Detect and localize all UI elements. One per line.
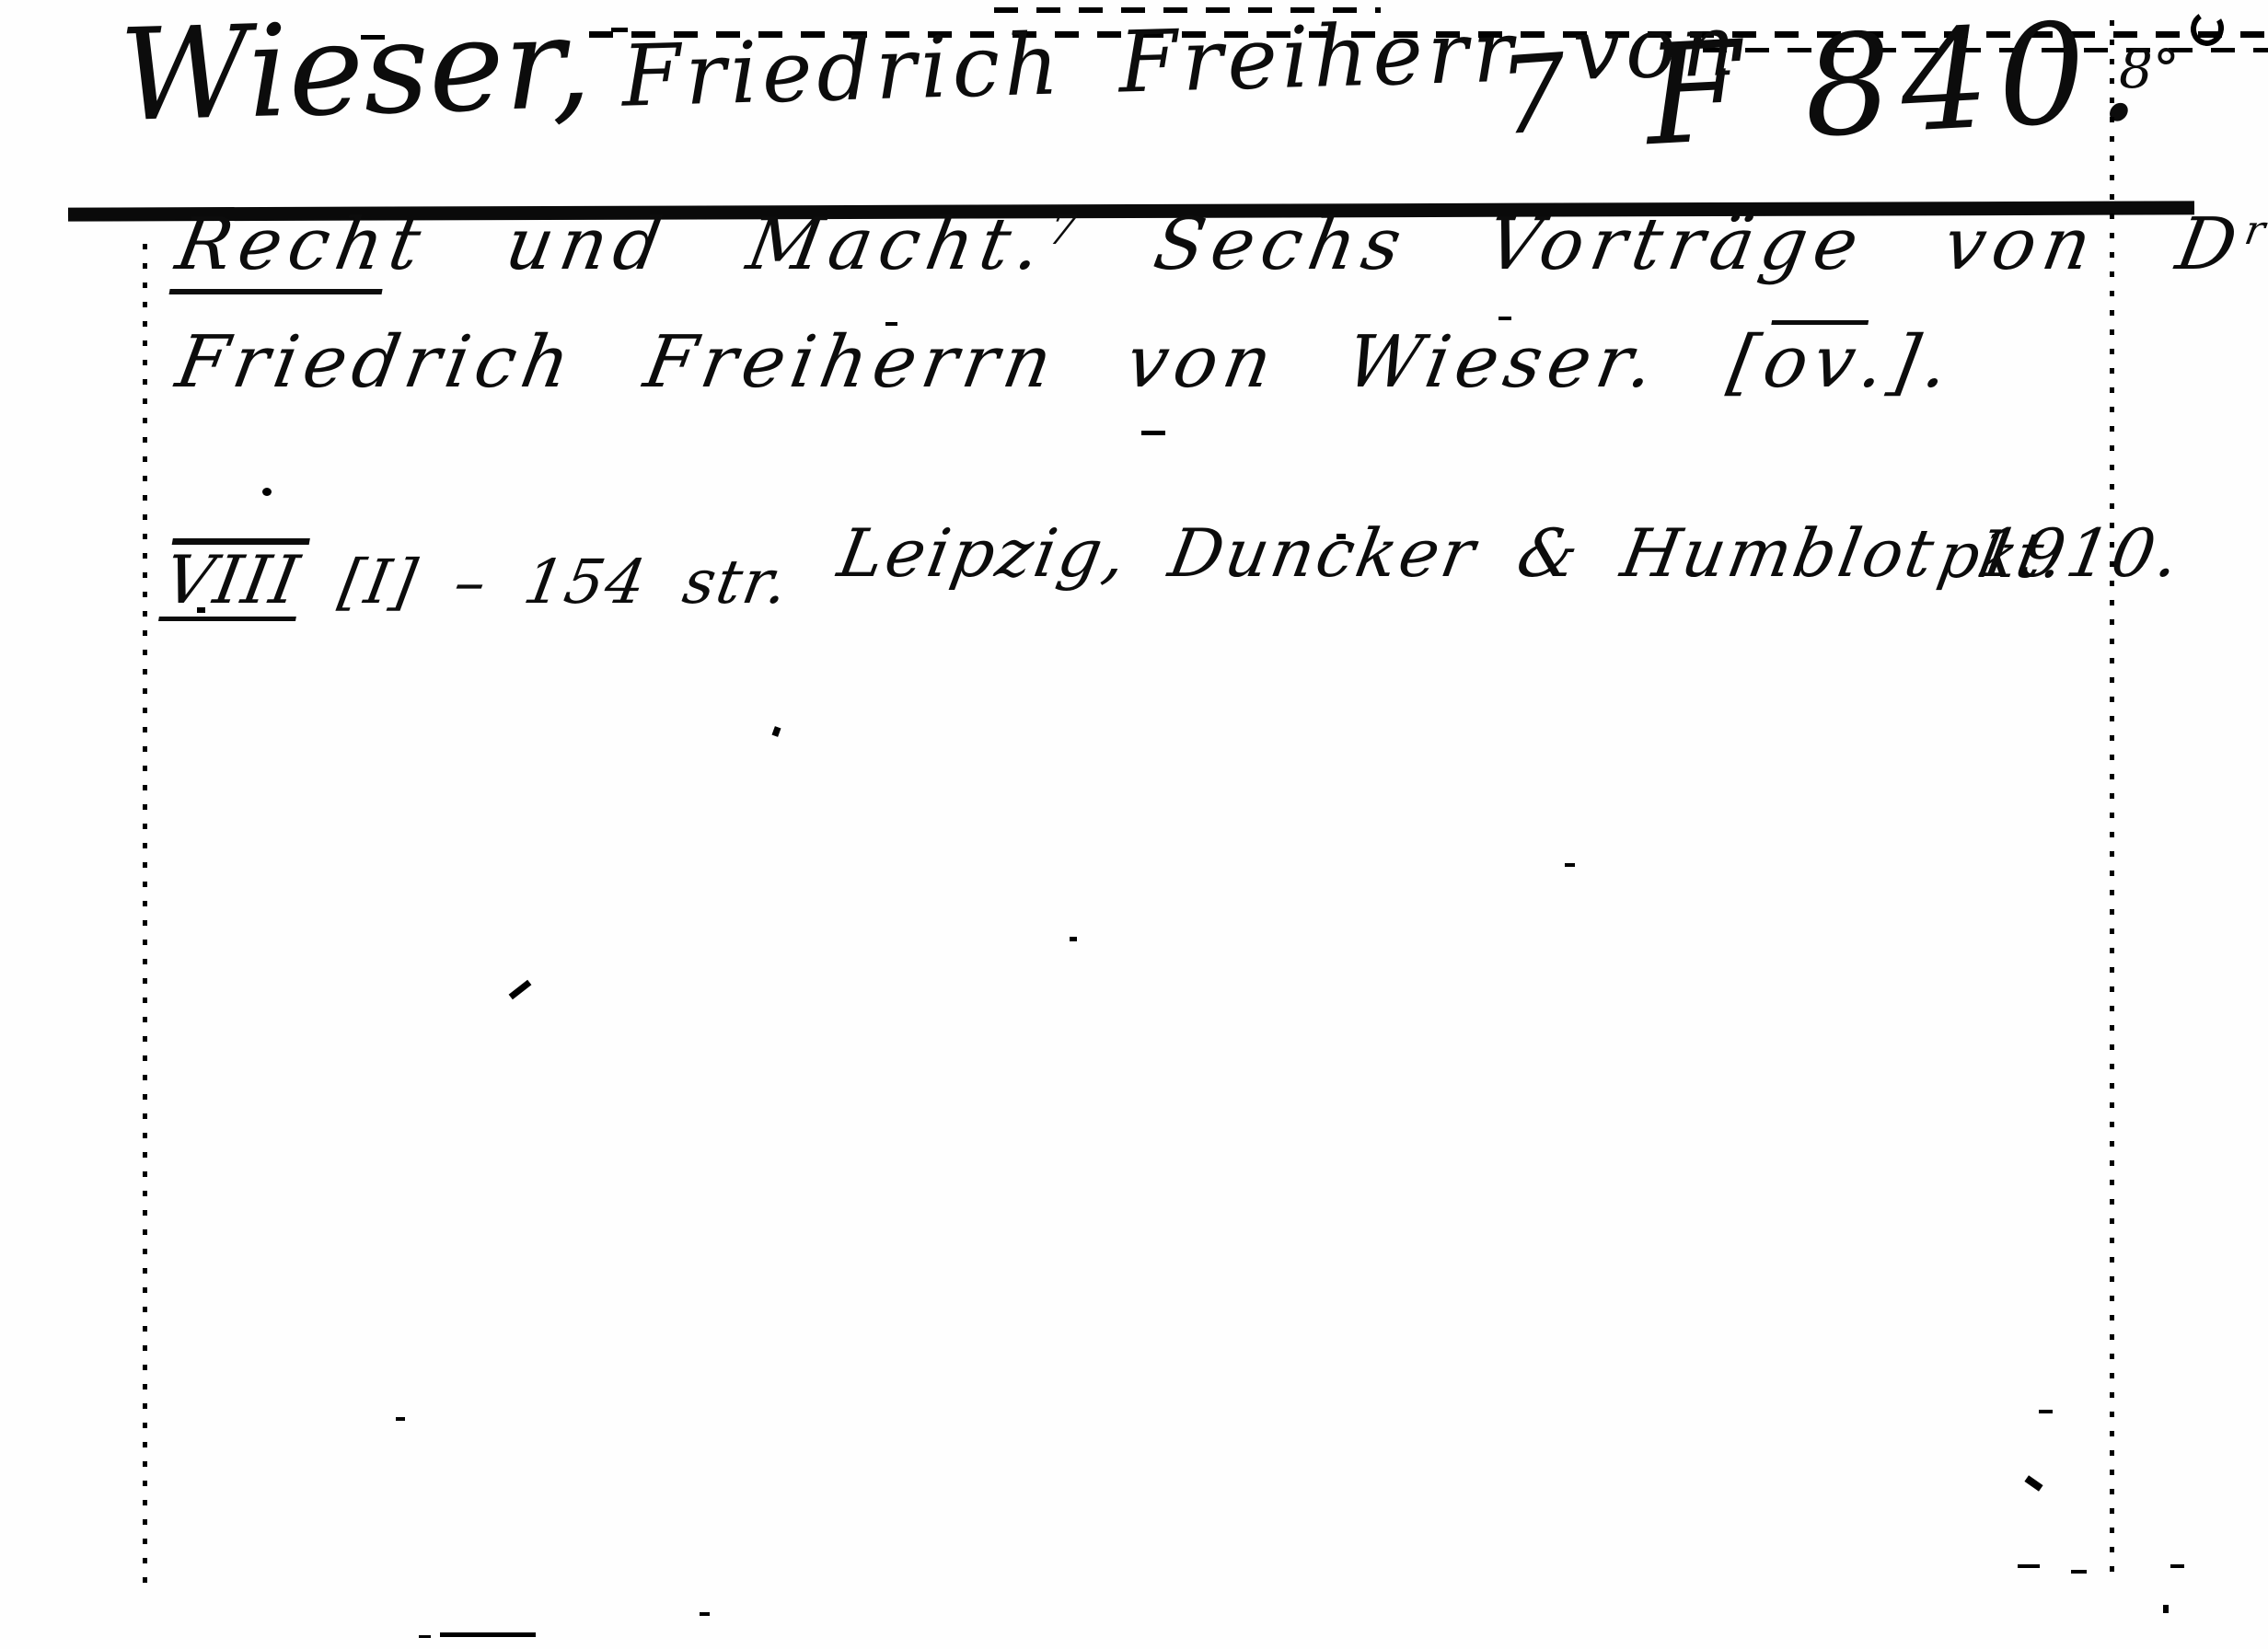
scan-speck <box>396 1417 405 1421</box>
scan-speck <box>2071 1570 2087 1574</box>
scan-mark-line <box>419 1635 431 1638</box>
scan-speck <box>509 980 532 1000</box>
scan-speck <box>2018 1564 2040 1568</box>
collation-statement: VIII [I] – 154 str. <box>158 538 781 621</box>
title-line-2: Friedrich Freiherrn von Wieser. [ov.]. <box>170 320 1947 405</box>
scan-mark-line <box>440 1632 536 1637</box>
collation-roman-numeral: VIII <box>158 538 310 621</box>
heading-forenames: Friedrich Freiherr von <box>620 0 1741 126</box>
scan-speck <box>1336 534 1346 539</box>
title-line2-text: Friedrich Freiherrn von Wieser. <box>170 321 1666 404</box>
overlined-abbreviation: ov <box>1758 320 1869 398</box>
left-margin-dotted-line <box>143 244 147 1587</box>
scan-speck <box>2163 1605 2169 1613</box>
title-text: t und Macht. <box>383 203 1055 286</box>
format-size-mark: 8° <box>2119 42 2180 96</box>
scan-speck <box>262 488 272 496</box>
scan-speck <box>197 607 205 613</box>
scan-speck <box>1141 431 1165 435</box>
heading-numeral: 7 <box>1495 40 1570 152</box>
scan-speck <box>700 1612 710 1616</box>
call-number: F 840. <box>1642 2 2151 166</box>
scan-speck <box>1498 317 1511 320</box>
catalog-card-scan: Wieser, Friedrich Freiherr von 7 F 840. … <box>0 0 2268 1649</box>
title-underlined-part: Rech <box>169 203 398 294</box>
collation-detail: [I] – 154 str. <box>334 547 795 617</box>
title-line-1: Recht und Macht.7 Sechs Vorträge von Dr <box>170 204 2256 287</box>
scan-speck <box>2039 1410 2053 1413</box>
scan-speck <box>2024 1475 2042 1491</box>
heading-surname: Wieser, <box>118 0 594 150</box>
scan-speck <box>1070 937 1077 941</box>
binding-note-text: pkt. <box>1933 523 2068 592</box>
title-text-tail: Sechs Vorträge von D <box>1148 203 2250 286</box>
scan-speck <box>2170 1564 2184 1568</box>
scan-ringlet-mark <box>2187 8 2227 50</box>
scan-speck <box>772 726 781 737</box>
scan-speck <box>885 322 897 326</box>
binding-note: pkt. <box>1933 523 2056 592</box>
scan-speck <box>1565 863 1575 867</box>
